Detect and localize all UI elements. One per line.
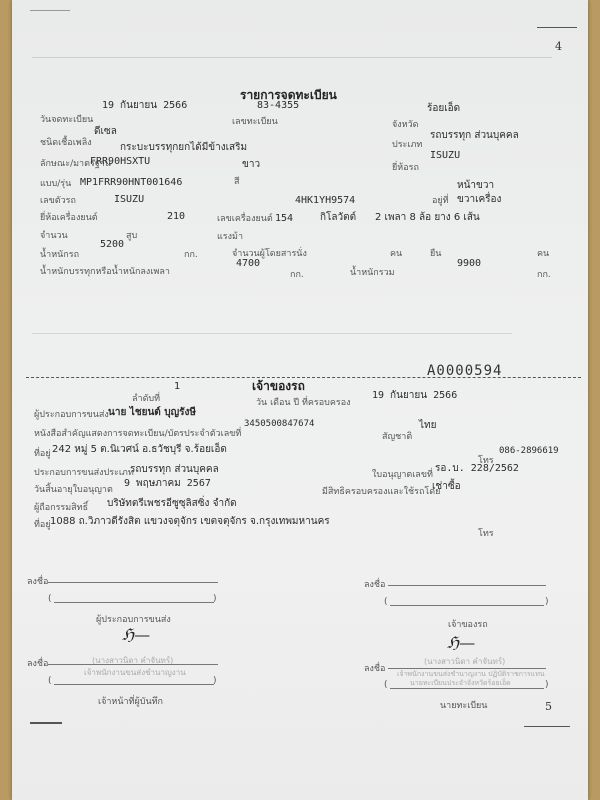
kg-unit-2: กก. — [290, 267, 304, 281]
registration-document-page: 4 รายการจดทะเบียน 19 กันยายน 2566 83-435… — [12, 0, 588, 800]
cylinders-unit: สูบ — [126, 228, 137, 242]
corner-mark — [30, 10, 70, 11]
axles-tires: 2 เพลา 8 ล้อ ยาง 6 เส้น — [375, 210, 480, 225]
operator-label: ผู้ประกอบการขนส่ง — [34, 407, 109, 421]
faint-rule — [32, 333, 512, 334]
reg-no-label: เลขทะเบียน — [232, 114, 278, 128]
stamp-number: A0000594 — [427, 363, 502, 379]
seats-person-unit: คน — [390, 246, 402, 260]
reg-date-label: วันจดทะเบียน — [40, 112, 93, 126]
owner-sign-label: ลงชื่อ — [364, 577, 385, 591]
order-label: ลำดับที่ — [132, 391, 160, 405]
registrar-sign-label: ลงชื่อ — [364, 661, 385, 675]
chassis-location: หน้าขวา — [457, 178, 494, 193]
operator-type: รถบรรทุก ส่วนบุคคล — [130, 462, 219, 477]
color-label: สี — [234, 174, 240, 188]
paren-close: ) — [213, 676, 217, 686]
load-weight-label: น้ำหนักบรรทุกหรือน้ำหนักลงเพลา — [40, 264, 170, 278]
owner-label: ผู้ถือกรรมสิทธิ์ — [34, 500, 88, 514]
load-weight: 4700 — [236, 258, 260, 269]
kg-unit: กก. — [184, 247, 198, 261]
corner-mark — [30, 722, 62, 724]
gross-weight-label: น้ำหนักรวม — [350, 265, 395, 279]
fuel-label: ชนิดเชื้อเพลิง — [40, 135, 92, 149]
vehicle-type: รถบรรทุก ส่วนบุคคล — [430, 128, 519, 143]
paren-close: ) — [545, 597, 549, 607]
id-label: หนังสือสำคัญแสดงการจดทะเบียน/บัตรประจำตั… — [34, 426, 241, 440]
paren-open: ( — [384, 597, 388, 607]
color-value: ขาว — [242, 157, 260, 172]
operator-name: นาย ไชยนต์ บุญรังษี — [108, 405, 196, 420]
paren-close: ) — [545, 680, 549, 690]
vehicle-weight-label: น้ำหนักรถ — [40, 247, 79, 261]
license-no: รอ.บ. 228/2562 — [435, 461, 519, 476]
license-label: ใบอนุญาตเลขที่ — [372, 467, 433, 481]
faint-rule — [32, 57, 552, 58]
brand: ISUZU — [430, 150, 460, 161]
possession-date-label: วัน เดือน ปี ที่ครอบครอง — [256, 395, 351, 409]
operator-role: ผู้ประกอบการขนส่ง — [96, 612, 171, 626]
engine-location: ขวาเครื่อง — [457, 192, 501, 207]
owner-name-line[interactable] — [390, 605, 544, 606]
location-label: อยู่ที่ — [432, 193, 449, 207]
officer-stamp-title: เจ้าพนักงานขนส่งชำนาญงาน — [84, 666, 186, 679]
license-expiry: 9 พฤษภาคม 2567 — [124, 476, 211, 491]
address-label: ที่อยู่ — [34, 446, 51, 460]
reg-date: 19 กันยายน 2566 — [102, 98, 187, 113]
order-no: 1 — [174, 381, 180, 392]
brand-label: ยี่ห้อรถ — [392, 160, 419, 174]
officer-sign-label: ลงชื่อ — [27, 656, 48, 670]
owner-phone-label: โทร — [478, 526, 494, 540]
officer-role: เจ้าหน้าที่ผู้บันทึก — [98, 694, 163, 708]
owner-title: เจ้าของรถ — [252, 377, 305, 396]
operator-sign-line[interactable] — [48, 582, 218, 583]
officer-sign-line[interactable] — [48, 664, 218, 665]
vehicle-weight: 5200 — [100, 239, 124, 250]
kg-unit-3: กก. — [537, 267, 551, 281]
paren-close: ) — [213, 594, 217, 604]
operator-type-label: ประกอบการขนส่งประเภท — [34, 465, 134, 479]
cc: 210 — [167, 211, 185, 222]
province-label: จังหวัด — [392, 117, 419, 131]
horsepower-label: แรงม้า — [217, 229, 243, 243]
operator-sign-label: ลงชื่อ — [27, 574, 48, 588]
paren-open: ( — [48, 594, 52, 604]
corner-mark — [537, 27, 577, 28]
page-number-top: 4 — [555, 40, 562, 53]
vehicle-type-label: ประเภท — [392, 137, 422, 151]
phone: 086-2896619 — [499, 446, 559, 456]
officer-name-line[interactable] — [54, 684, 214, 685]
engine-no-label: เลขเครื่องยนต์ — [217, 211, 273, 225]
nationality-label: สัญชาติ — [382, 429, 412, 443]
gross-weight: 9900 — [457, 258, 481, 269]
owner-role: เจ้าของรถ — [448, 617, 488, 631]
engine-no: 4HK1YH9574 — [295, 195, 355, 206]
fuel: ดีเซล — [94, 124, 117, 139]
officer-signature: ℌ— — [122, 625, 150, 644]
owner-address-label: ที่อยู่ — [34, 517, 51, 531]
reg-no: 83-4355 — [257, 100, 299, 111]
operator-name-line[interactable] — [54, 602, 214, 603]
possession-right-label: มีสิทธิครอบครองและใช้รถโดย — [322, 484, 440, 498]
address: 242 หมู่ 5 ต.นิเวศน์ อ.ธวัชบุรี จ.ร้อยเอ… — [52, 442, 227, 457]
possession-date: 19 กันยายน 2566 — [372, 388, 457, 403]
possession-right: เช่าซื้อ — [432, 479, 461, 494]
paren-open: ( — [384, 680, 388, 690]
registrar-stamp-name: (นางสาวนิดา คำจันทร์) — [424, 655, 505, 668]
chassis-label: เลขตัวรถ — [40, 193, 76, 207]
registrar-name-line[interactable] — [390, 688, 544, 689]
id-number: 3450500847674 — [244, 419, 314, 429]
kilowatt: 154 — [275, 213, 293, 224]
registrar-role: นายทะเบียน — [440, 698, 487, 712]
nationality: ไทย — [419, 418, 436, 433]
license-expiry-label: วันสิ้นอายุใบอนุญาต — [34, 482, 113, 496]
chassis-no: MP1FRR90HNT001646 — [80, 177, 182, 188]
model-label: แบบ/รุ่น — [40, 176, 71, 190]
engine-brand: ISUZU — [114, 194, 144, 205]
owner-address: 1088 ถ.วิภาวดีรังสิต แขวงจตุจักร เขตจตุจ… — [50, 514, 330, 529]
paren-open: ( — [48, 676, 52, 686]
standing-person-unit: คน — [537, 246, 549, 260]
standing-label: ยืน — [430, 246, 441, 260]
body-style: กระบะบรรทุกยกได้มีข้างเสริม — [120, 140, 247, 155]
engine-brand-label: ยี่ห้อเครื่องยนต์ — [40, 210, 98, 224]
cylinders-label: จำนวน — [40, 228, 68, 242]
page-number-bottom: 5 — [545, 700, 552, 713]
owner-name: บริษัทตรีเพชรอีซูซุลิสซิ่ง จำกัด — [107, 496, 237, 511]
model-code: FRR90HSXTU — [90, 156, 150, 167]
kilowatt-label: กิโลวัตต์ — [320, 210, 356, 225]
corner-mark — [524, 726, 570, 727]
owner-sign-line[interactable] — [388, 585, 546, 586]
registrar-signature: ℌ— — [447, 633, 475, 652]
province: ร้อยเอ็ด — [427, 101, 460, 116]
